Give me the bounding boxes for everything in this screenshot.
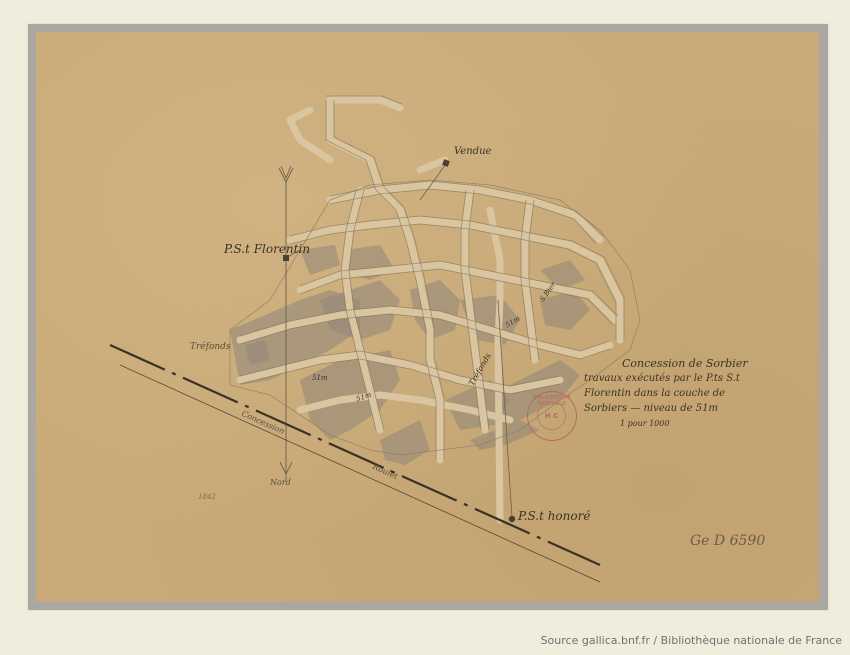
legend-cartouche: Concession de Sorbier travaux exécutés p… (584, 356, 748, 431)
label-trefonds-left: Tréfonds (190, 342, 231, 352)
legend-scale: 1 pour 1000 (584, 416, 748, 431)
label-small-note: 1842 (198, 493, 216, 501)
map-mount-frame (28, 24, 828, 610)
legend-line-2: Florentin dans la couche de (584, 386, 748, 401)
stamp-inner-text: H C (537, 401, 566, 430)
source-attribution: Source gallica.bnf.fr / Bibliothèque nat… (541, 634, 842, 647)
label-level-51-b: 51m (312, 374, 328, 382)
label-puits-st-florentin: P.S.t Florentin (224, 242, 310, 256)
legend-line-3: Sorbiers — niveau de 51m (584, 401, 748, 416)
mine-workings-drawing (36, 32, 819, 602)
legend-title: Concession de Sorbier (584, 356, 748, 371)
label-nord: Nord (270, 478, 291, 487)
label-puits-st-honore: P.S.t honoré (518, 509, 590, 523)
legend-line-1: travaux exécutés par le P.ts S.t (584, 371, 748, 386)
label-vendue: Vendue (454, 146, 491, 157)
shelfmark: Ge D 6590 (690, 533, 765, 549)
map-sheet (36, 32, 819, 602)
library-stamp: BIBLIOTHÈQUE NATIONALE H C (527, 391, 577, 441)
